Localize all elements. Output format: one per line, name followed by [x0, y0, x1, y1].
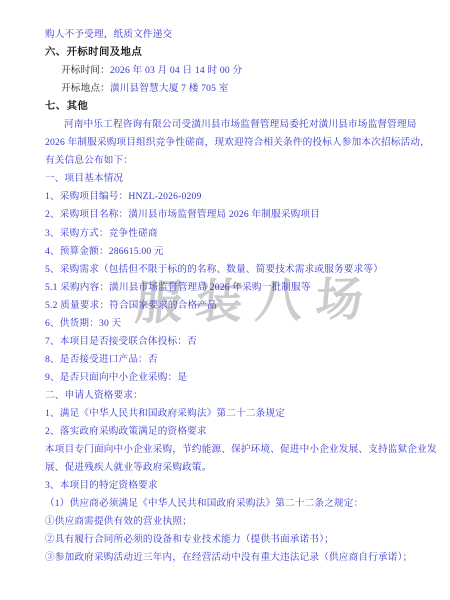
item-imported-products: 8、是否接受进口产品：否	[45, 351, 430, 369]
bid-opening-time-value: 2026 年 03 月 04 日 14 时 00 分	[110, 65, 242, 76]
item-project-name: 2、采购项目名称：潢川县市场监督管理局 2026 年制服采购项目	[45, 206, 430, 224]
bid-opening-time-label: 开标时间：	[61, 65, 110, 76]
item-budget-amount: 4、预算金额：286615.00 元	[45, 243, 430, 261]
doc-line-continuation: 购人不予受理，纸质文件递交	[45, 26, 430, 44]
item-qualification-2: 2、落实政府采购政策满足的资格要求	[45, 423, 430, 441]
doc-line: 河南中乐工程咨询有限公司受潢川县市场监督管理局委托对潢川县市场监督管理局	[45, 116, 430, 134]
bid-opening-time: 开标时间：2026 年 03 月 04 日 14 时 00 分	[45, 62, 430, 80]
item-no-major-violations: ③参加政府采购活动近三年内，在经营活动中没有重大违法记录（供应商自行承诺）；	[45, 549, 430, 567]
item-procurement-method: 3、采购方式：竞争性磋商	[45, 225, 430, 243]
item-consortium-bid: 7、本项目是否接受联合体投标：否	[45, 333, 430, 351]
item-project-number: 1、采购项目编号：HNZL-2026-0209	[45, 188, 430, 206]
bid-opening-location-value: 潢川县智慧大厦 7 楼 705 室	[110, 83, 229, 94]
item-qualification-1: 1、满足《中华人民共和国政府采购法》第二十二条规定	[45, 405, 430, 423]
doc-line: 2026 年制服采购项目组织竞争性磋商，现欢迎符合相关条件的投标人参加本次招标活…	[45, 134, 430, 152]
item-qualification-3: 3、本项目的特定资格要求	[45, 477, 430, 495]
heading-applicant-qualifications: 二、申请人资格要求：	[45, 387, 430, 405]
item-sme-only: 9、是否只面向中小企业采购：是	[45, 369, 430, 387]
bid-opening-location-label: 开标地点：	[61, 83, 110, 94]
item-business-license: ①供应商需提供有效的营业执照；	[45, 513, 430, 531]
item-delivery-period: 6、供货期：30 天	[45, 315, 430, 333]
bid-opening-location: 开标地点：潢川县智慧大厦 7 楼 705 室	[45, 80, 430, 98]
heading-project-basic-info: 一、项目基本情况	[45, 170, 430, 188]
doc-line: 本项目专门面向中小企业采购，节约能源、保护环境、促进中小企业发展、支持监狱企业发	[45, 441, 430, 459]
doc-line: 展、促进残疾人就业等政府采购政策。	[45, 459, 430, 477]
item-specific-requirement-1: （1）供应商必须满足《中华人民共和国政府采购法》第二十二条之规定：	[45, 495, 430, 513]
heading-bid-opening-time-location: 六、开标时间及地点	[45, 44, 430, 62]
item-quality-requirement: 5.2 质量要求：符合国家要求的合格产品	[45, 297, 430, 315]
item-equipment-capability: ②具有履行合同所必须的设备和专业技术能力（提供书面承诺书）；	[45, 531, 430, 549]
heading-other: 七、其他	[45, 98, 430, 116]
item-procurement-content: 5.1 采购内容：潢川县市场监督管理局 2026 年采购一批制服等	[45, 279, 430, 297]
document-page: 服装八场 购人不予受理，纸质文件递交 六、开标时间及地点 开标时间：2026 年…	[0, 0, 450, 600]
document-body: 购人不予受理，纸质文件递交 六、开标时间及地点 开标时间：2026 年 03 月…	[0, 0, 450, 567]
item-procurement-requirements: 5、采购需求（包括但不限于标的的名称、数量、简要技术需求或服务要求等）	[45, 261, 430, 279]
doc-line: 有关信息公布如下：	[45, 152, 430, 170]
